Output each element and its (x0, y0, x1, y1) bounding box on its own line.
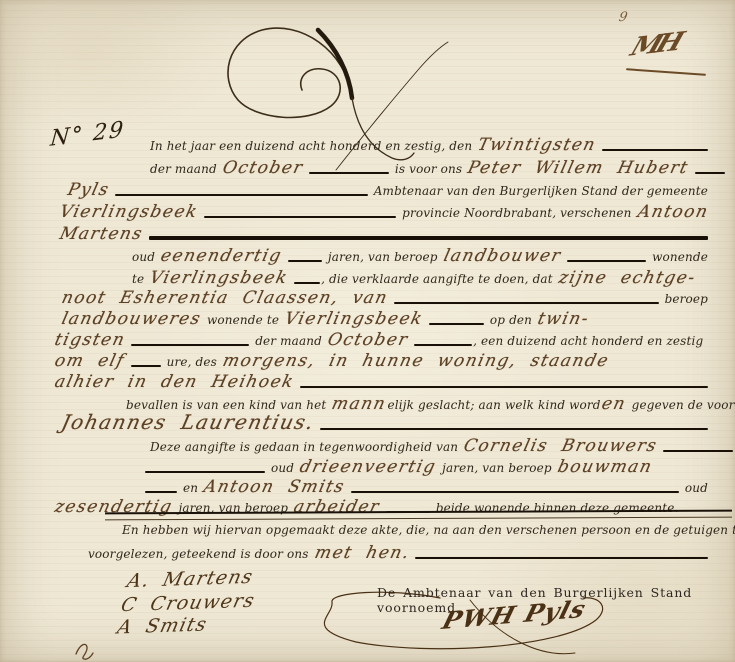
monogram-underline (626, 68, 706, 75)
doc-line: En hebben wij hiervan opgemaakt deze akt… (122, 523, 708, 537)
birth-certificate-document: 9 MH N° 29 In het jaar een duizend acht … (0, 0, 735, 662)
doc-line: om elfure, desmorgens, in hunne woning, … (55, 351, 708, 371)
clerk-monogram: MH (626, 27, 682, 62)
fill-in-line (204, 216, 396, 218)
handwritten-entry: Twintigsten (476, 135, 599, 155)
witness-signature-1: A. Martens (125, 566, 256, 592)
handwritten-entry: Vierlingsbeek (148, 268, 290, 288)
handwritten-entry: twin- (536, 309, 592, 329)
doc-line: ouddrieenveertigjaren, van beroepbouwman (145, 457, 708, 477)
doc-line: der maandOctoberis voor onsPeter Willem … (150, 158, 708, 178)
printed-form-text: jaren, van beroep (328, 250, 438, 264)
doc-line: alhier in den Heihoek (55, 372, 708, 392)
fill-in-line (149, 236, 708, 240)
fill-in-line (309, 172, 389, 174)
fill-in-line (294, 282, 320, 284)
fill-in-line (320, 428, 708, 430)
printed-form-text: En hebben wij hiervan opgemaakt deze akt… (122, 523, 735, 537)
handwritten-entry: morgens, in hunne woning, staande (221, 351, 612, 371)
doc-line: Deze aangifte is gedaan in tegenwoordigh… (150, 436, 708, 456)
printed-form-text: provincie Noordbrabant, verschenen (402, 206, 631, 220)
doc-line: PylsAmbtenaar van den Burgerlijken Stand… (68, 180, 708, 200)
printed-form-text: oud (271, 461, 294, 475)
doc-line: enAntoon Smitsoud (145, 477, 708, 497)
doc-line: tigstender maandOctober, een duizend ach… (55, 330, 708, 350)
handwritten-entry: Antoon (635, 202, 710, 222)
printed-form-text: ure, des (167, 355, 217, 369)
printed-form-text: jaren, van beroep (442, 461, 552, 475)
fill-in-line (145, 471, 265, 473)
printed-form-text: beroep (665, 292, 708, 306)
printed-form-text: In het jaar een duizend acht honderd en … (150, 139, 472, 153)
printed-form-text: wonende (652, 250, 708, 264)
handwritten-entry: om elf (53, 351, 127, 371)
handwritten-entry: landbouweres (60, 309, 204, 329)
handwritten-entry: Vierlingsbeek (283, 309, 425, 329)
doc-line: In het jaar een duizend acht honderd en … (150, 135, 708, 155)
fill-in-line (415, 557, 708, 559)
fill-in-line (145, 491, 177, 493)
doc-line: voorgelezen, geteekend is door onsmet he… (88, 543, 708, 563)
handwritten-entry: Vierlingsbeek (58, 202, 200, 222)
fill-in-line (414, 344, 472, 346)
fill-in-line (131, 365, 161, 367)
printed-form-text: der maand (150, 162, 217, 176)
printed-form-text: te (132, 272, 144, 286)
doc-line: oudeenendertigjaren, van beroeplandbouwe… (132, 246, 708, 266)
handwritten-entry: Antoon Smits (202, 477, 347, 497)
handwritten-entry: October (326, 330, 411, 350)
printed-form-text: der maand (255, 334, 322, 348)
printed-form-text: Deze aangifte is gedaan in tegenwoordigh… (150, 440, 458, 454)
handwritten-entry: Pyls (66, 180, 112, 200)
fill-in-line (115, 194, 368, 196)
handwritten-entry: bouwman (555, 457, 654, 477)
act-number: N° 29 (49, 117, 126, 152)
separator-rule (105, 510, 732, 521)
printed-form-text: op den (490, 313, 532, 327)
handwritten-entry: Peter Willem Hubert (466, 158, 691, 178)
fill-in-line (567, 260, 646, 262)
fill-in-line (695, 172, 725, 174)
printed-form-text: oud (685, 481, 708, 495)
handwritten-entry: eenendertig (159, 246, 284, 266)
printed-form-text: Ambtenaar van den Burgerlijken Stand der… (374, 184, 708, 198)
handwritten-entry: tigsten (53, 330, 128, 350)
handwritten-entry: Cornelis Brouwers (462, 436, 660, 456)
ink-mark (70, 638, 100, 662)
fill-in-line (429, 323, 484, 325)
witness-signature-2: C Crouwers (119, 590, 257, 617)
handwritten-entry: noot Esherentia Claassen, van (60, 288, 391, 308)
handwritten-entry: Martens (58, 224, 145, 244)
handwritten-entry: drieenveertig (298, 457, 439, 477)
fill-in-line (351, 491, 679, 493)
fill-in-line (131, 344, 249, 346)
fill-in-line (300, 386, 708, 388)
doc-line: teVierlingsbeek, die verklaarde aangifte… (132, 268, 708, 288)
witness-signature-3: A Smits (115, 613, 210, 638)
printed-form-text: wonende te (207, 313, 279, 327)
doc-line: Johannes Laurentius. (62, 410, 708, 434)
printed-form-text: en (183, 481, 198, 495)
handwritten-entry: zijne echtge- (556, 268, 697, 288)
handwritten-entry: alhier in den Heihoek (53, 372, 297, 392)
printed-form-text: is voor ons (395, 162, 462, 176)
fill-in-line (663, 450, 733, 452)
printed-form-text: , een duizend acht honderd en zestig (473, 334, 703, 348)
corner-page-number: 9 (618, 10, 629, 25)
printed-form-text: oud (132, 250, 155, 264)
printed-form-text: voorgelezen, geteekend is door ons (88, 547, 309, 561)
fill-in-line (602, 149, 708, 151)
handwritten-entry: October (220, 158, 305, 178)
handwritten-entry: Johannes Laurentius. (59, 410, 317, 434)
handwritten-entry: met hen. (312, 543, 411, 563)
doc-line: Martens (60, 224, 708, 244)
doc-line: Vierlingsbeekprovincie Noordbrabant, ver… (60, 202, 708, 222)
doc-line: noot Esherentia Claassen, vanberoep (62, 288, 708, 308)
printed-form-text: , die verklaarde aangifte te doen, dat (321, 272, 553, 286)
fill-in-line (288, 260, 322, 262)
fill-in-line (394, 302, 659, 304)
handwritten-entry: landbouwer (441, 246, 563, 266)
doc-line: landbouwereswonende teVierlingsbeekop de… (62, 309, 708, 329)
